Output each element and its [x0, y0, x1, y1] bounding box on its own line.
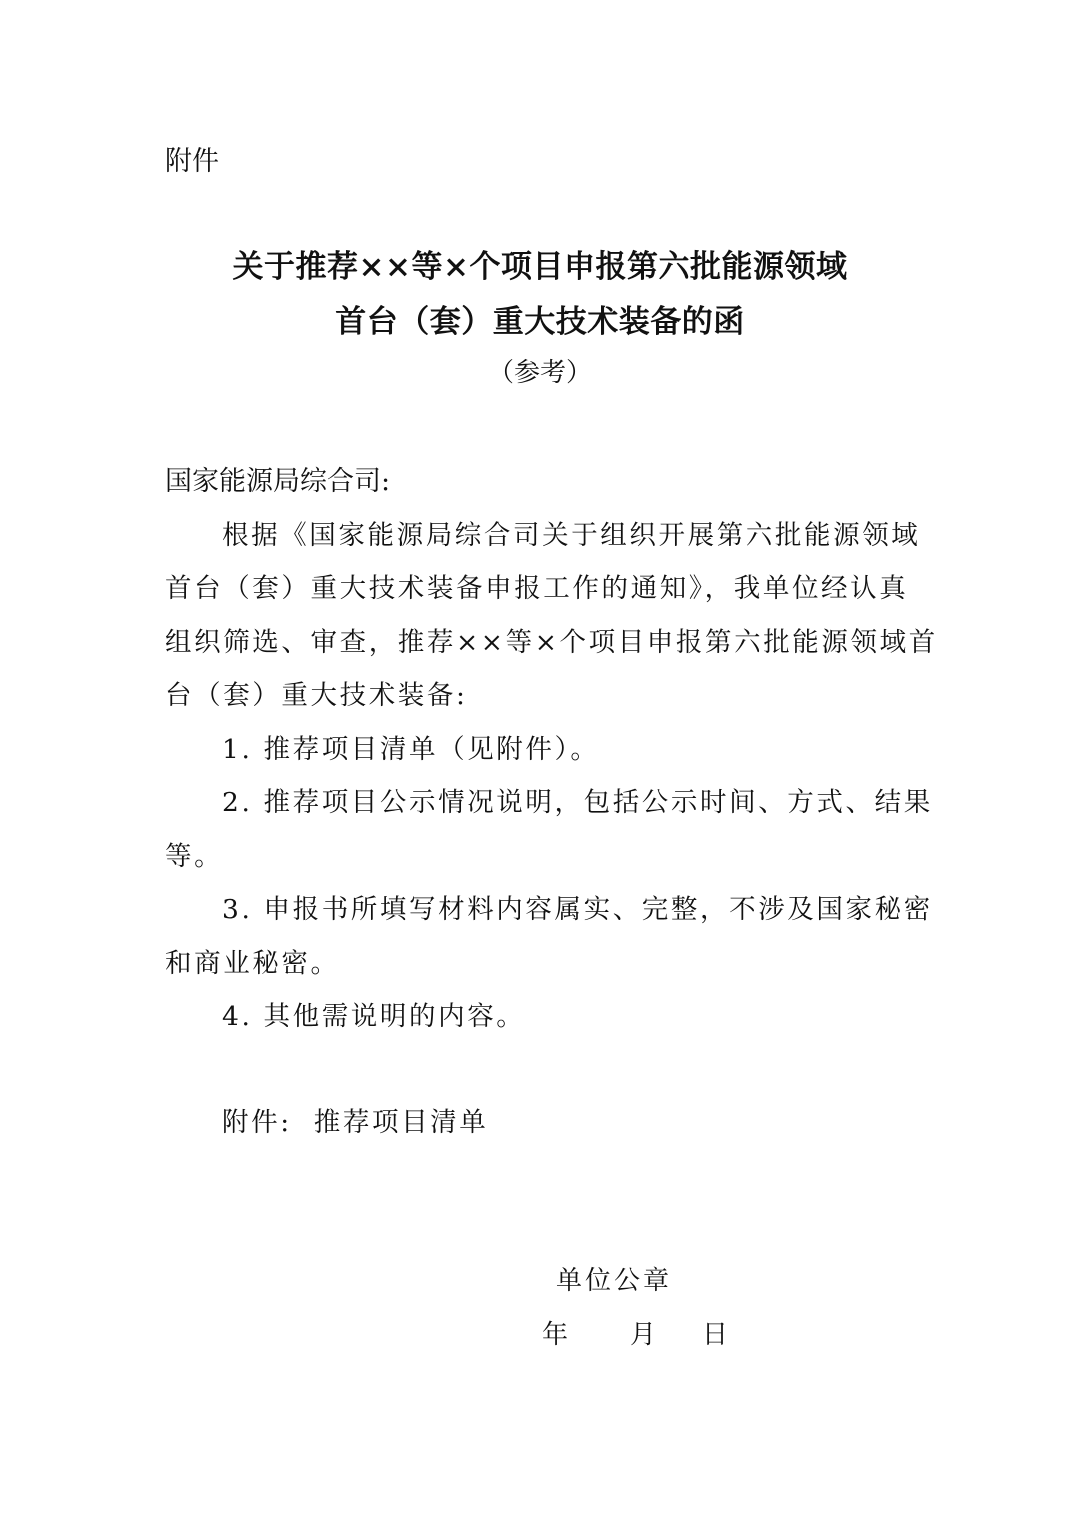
list-item-3: 3. 申报书所填写材料内容属实、完整，不涉及国家秘密	[222, 897, 933, 924]
attachment-note: 附件: 推荐项目清单	[222, 1110, 488, 1137]
attachment-label: 附件	[165, 148, 219, 175]
paragraph-line: 首台（套）重大技术装备申报工作的通知》，我单位经认真	[165, 576, 908, 603]
date-year-label: 年	[542, 1322, 568, 1348]
document-title-line-1: 关于推荐××等×个项目申报第六批能源领域	[0, 252, 1080, 283]
list-item-2: 2. 推荐项目公示情况说明，包括公示时间、方式、结果	[222, 790, 933, 817]
document-title-line-2: 首台（套）重大技术装备的函	[0, 307, 1080, 338]
paragraph-line: 组织筛选、审查，推荐××等×个项目申报第六批能源领域首	[165, 630, 938, 657]
document-subtitle: （参考）	[0, 360, 1080, 386]
salutation: 国家能源局综合司:	[165, 468, 390, 495]
list-item-2-continuation: 等。	[165, 844, 223, 871]
date-day-label: 日	[702, 1322, 728, 1348]
list-item-1: 1. 推荐项目清单（见附件）。	[222, 737, 599, 764]
paragraph-line: 台（套）重大技术装备:	[165, 683, 468, 710]
list-item-3-continuation: 和商业秘密。	[165, 951, 340, 978]
date-month-label: 月	[630, 1322, 656, 1348]
unit-seal-label: 单位公章	[556, 1268, 672, 1294]
paragraph-line: 根据《国家能源局综合司关于组织开展第六批能源领域	[222, 523, 920, 550]
list-item-4: 4. 其他需说明的内容。	[222, 1004, 525, 1031]
